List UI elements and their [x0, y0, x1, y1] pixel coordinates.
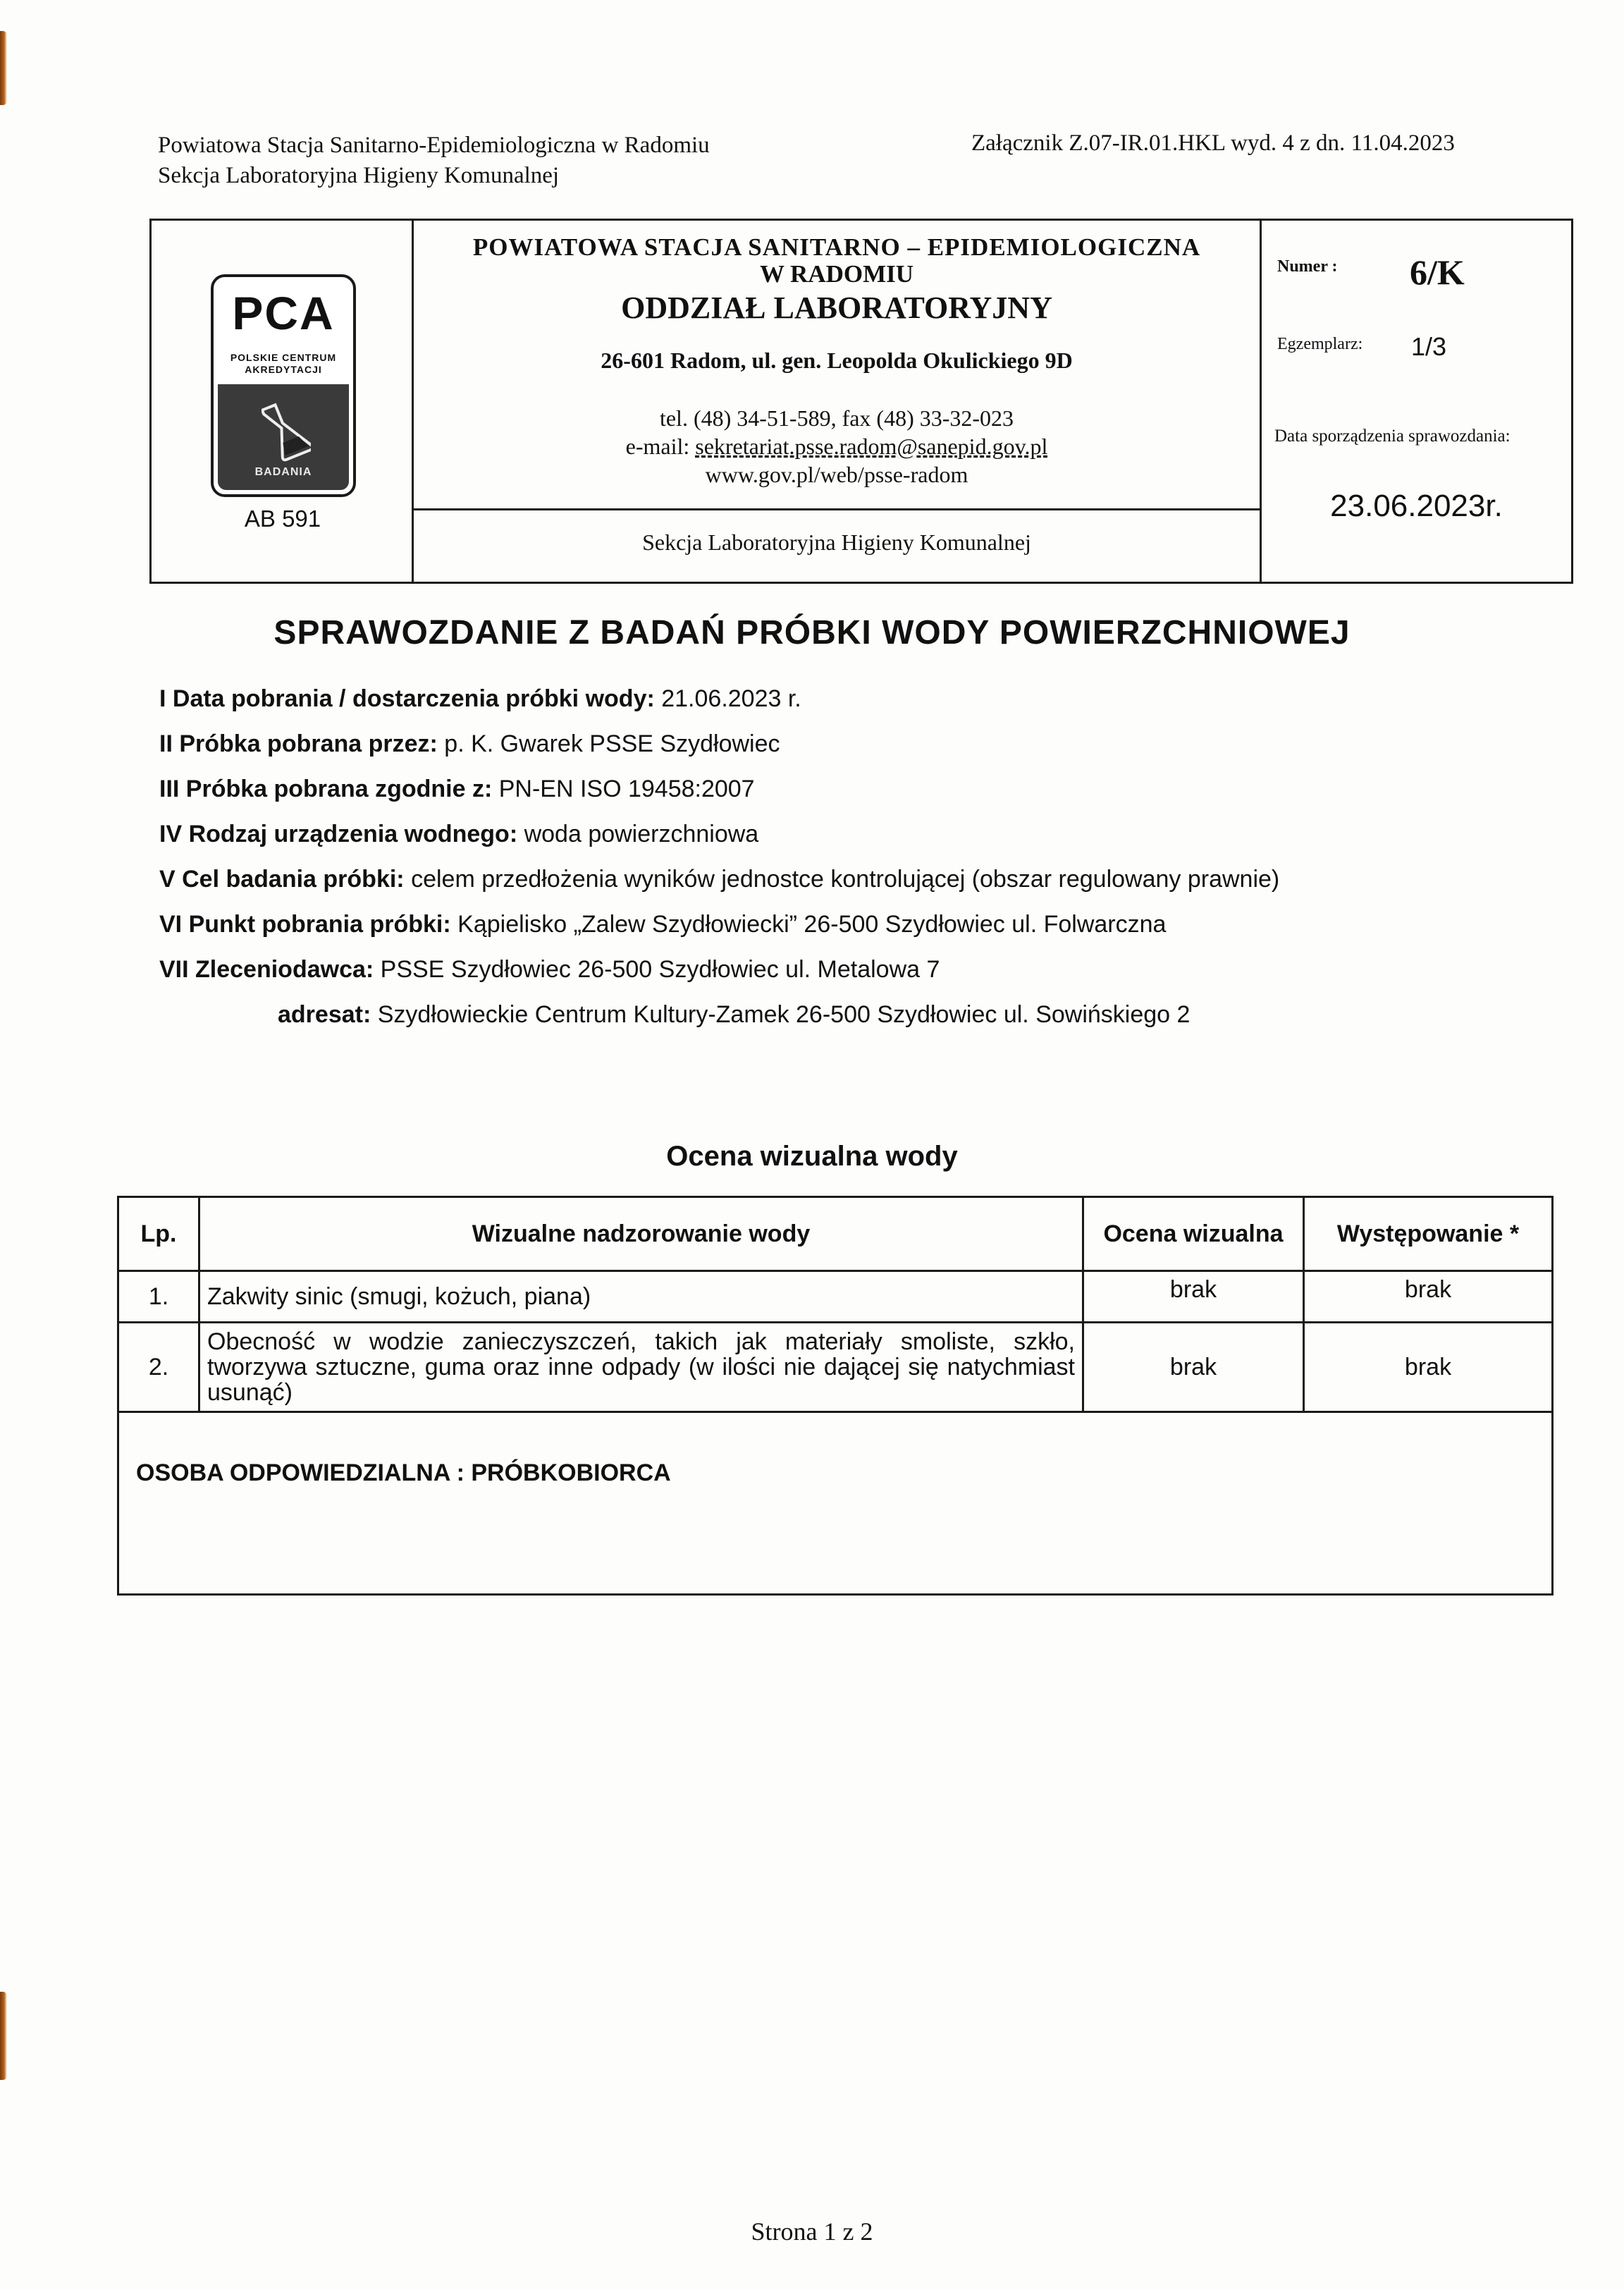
- email-label: e-mail:: [626, 434, 696, 459]
- field-label: II Próbka pobrana przez:: [159, 730, 438, 757]
- report-date: 23.06.2023r.: [1262, 489, 1571, 524]
- field-sampled-by: II Próbka pobrana przez: p. K. Gwarek PS…: [159, 730, 780, 758]
- col-header-assessment: Ocena wizualna: [1083, 1197, 1304, 1271]
- pca-badge-area: BADANIA: [218, 384, 349, 490]
- copy-number: 1/3: [1411, 332, 1446, 362]
- header-divider: [414, 508, 1260, 510]
- field-value: Szydłowieckie Centrum Kultury-Zamek 26-5…: [371, 1001, 1190, 1028]
- report-header-box: PCA POLSKIE CENTRUM AKREDYTACJI BADANIA …: [149, 219, 1573, 584]
- field-sampling-standard: III Próbka pobrana zgodnie z: PN-EN ISO …: [159, 776, 755, 803]
- number-label: Numer :: [1277, 257, 1338, 276]
- field-label: I Data pobrania / dostarczenia próbki wo…: [159, 685, 655, 712]
- field-water-type: IV Rodzaj urządzenia wodnego: woda powie…: [159, 821, 758, 848]
- row-assessment: brak: [1083, 1271, 1304, 1323]
- pca-full-name: POLSKIE CENTRUM AKREDYTACJI: [214, 352, 353, 376]
- field-value: PN-EN ISO 19458:2007: [492, 776, 754, 802]
- copy-label: Egzemplarz:: [1277, 335, 1362, 354]
- field-purpose: V Cel badania próbki: celem przedłożenia…: [159, 866, 1279, 893]
- field-label: VII Zleceniodawca:: [159, 956, 374, 983]
- report-date-label: Data sporządzenia sprawozdania:: [1274, 427, 1511, 446]
- pca-logo: PCA POLSKIE CENTRUM AKREDYTACJI BADANIA: [211, 274, 356, 497]
- visual-assessment-title: Ocena wizualna wody: [0, 1141, 1624, 1172]
- email-link[interactable]: sekretariat.psse.radom@sanepid.gov.pl: [695, 434, 1047, 459]
- field-value: celem przedłożenia wyników jednostce kon…: [405, 866, 1280, 893]
- field-label: V Cel badania próbki:: [159, 866, 405, 893]
- page-number: Strona 1 z 2: [0, 2217, 1624, 2246]
- responsible-person: OSOBA ODPOWIEDZIALNA : PRÓBKOBIORCA: [118, 1412, 1553, 1595]
- row-assessment: brak: [1083, 1323, 1304, 1412]
- field-sampling-point: VI Punkt pobrania próbki: Kąpielisko „Za…: [159, 911, 1166, 938]
- report-number: 6/K: [1410, 252, 1465, 293]
- pca-name-line2: AKREDYTACJI: [214, 364, 353, 376]
- department-name: ODDZIAŁ LABORATORYJNY: [414, 291, 1260, 325]
- visual-assessment-table: Lp. Wizualne nadzorowanie wody Ocena wiz…: [117, 1196, 1554, 1596]
- field-sampling-date: I Data pobrania / dostarczenia próbki wo…: [159, 685, 801, 713]
- scan-edge-mark-top: [0, 31, 7, 105]
- field-label: IV Rodzaj urządzenia wodnego:: [159, 821, 517, 847]
- scan-edge-mark-bottom: [0, 1992, 7, 2080]
- field-value: p. K. Gwarek PSSE Szydłowiec: [438, 730, 780, 757]
- row-occurrence: brak: [1304, 1323, 1553, 1412]
- col-header-occurrence: Występowanie *: [1304, 1197, 1553, 1271]
- accreditation-cell: PCA POLSKIE CENTRUM AKREDYTACJI BADANIA …: [152, 221, 414, 582]
- institution-website[interactable]: www.gov.pl/web/psse-radom: [414, 462, 1260, 488]
- row-lp: 1.: [118, 1271, 199, 1323]
- field-label: III Próbka pobrana zgodnie z:: [159, 776, 492, 802]
- institution-phone: tel. (48) 34-51-589, fax (48) 33-32-023: [414, 405, 1260, 431]
- field-value: PSSE Szydłowiec 26-500 Szydłowiec ul. Me…: [374, 956, 940, 983]
- flask-icon: [262, 398, 311, 462]
- table-row: 2. Obecność w wodzie zanieczyszczeń, tak…: [118, 1323, 1553, 1412]
- col-header-observation: Wizualne nadzorowanie wody: [199, 1197, 1083, 1271]
- report-meta-cell: Numer : 6/K Egzemplarz: 1/3 Data sporząd…: [1260, 221, 1571, 582]
- org-name: Powiatowa Stacja Sanitarno-Epidemiologic…: [158, 130, 710, 161]
- section-name: Sekcja Laboratoryjna Higieny Komunalnej: [414, 529, 1260, 556]
- field-label: VI Punkt pobrania próbki:: [159, 911, 451, 938]
- field-value: Kąpielisko „Zalew Szydłowiecki” 26-500 S…: [451, 911, 1167, 938]
- row-description: Obecność w wodzie zanieczyszczeń, takich…: [199, 1323, 1083, 1412]
- responsible-row: OSOBA ODPOWIEDZIALNA : PRÓBKOBIORCA: [118, 1412, 1553, 1595]
- table-header-row: Lp. Wizualne nadzorowanie wody Ocena wiz…: [118, 1197, 1553, 1271]
- pca-brand: PCA: [214, 288, 353, 338]
- report-title: SPRAWOZDANIE Z BADAŃ PRÓBKI WODY POWIERZ…: [0, 613, 1624, 652]
- field-value: 21.06.2023 r.: [655, 685, 801, 712]
- institution-address: 26-601 Radom, ul. gen. Leopolda Okulicki…: [414, 348, 1260, 374]
- field-client: VII Zleceniodawca: PSSE Szydłowiec 26-50…: [159, 956, 940, 984]
- pca-badge-label: BADANIA: [218, 466, 349, 479]
- row-lp: 2.: [118, 1323, 199, 1412]
- institution-name-line1: POWIATOWA STACJA SANITARNO – EPIDEMIOLOG…: [414, 235, 1260, 260]
- pca-name-line1: POLSKIE CENTRUM: [214, 352, 353, 364]
- table-row: 1. Zakwity sinic (smugi, kożuch, piana) …: [118, 1271, 1553, 1323]
- field-label: adresat:: [278, 1001, 371, 1028]
- row-description: Zakwity sinic (smugi, kożuch, piana): [199, 1271, 1083, 1323]
- field-addressee: adresat: Szydłowieckie Centrum Kultury-Z…: [278, 1001, 1190, 1029]
- institution-email-line: e-mail: sekretariat.psse.radom@sanepid.g…: [414, 434, 1260, 460]
- field-value: woda powierzchniowa: [517, 821, 758, 847]
- institution-cell: POWIATOWA STACJA SANITARNO – EPIDEMIOLOG…: [414, 221, 1260, 582]
- col-header-lp: Lp.: [118, 1197, 199, 1271]
- attachment-reference: Załącznik Z.07-IR.01.HKL wyd. 4 z dn. 11…: [971, 130, 1455, 157]
- row-occurrence: brak: [1304, 1271, 1553, 1323]
- accreditation-number: AB 591: [152, 506, 414, 532]
- org-section: Sekcja Laboratoryjna Higieny Komunalnej: [158, 161, 710, 191]
- institution-name-line2: W RADOMIU: [414, 262, 1260, 287]
- top-left-header: Powiatowa Stacja Sanitarno-Epidemiologic…: [158, 130, 710, 191]
